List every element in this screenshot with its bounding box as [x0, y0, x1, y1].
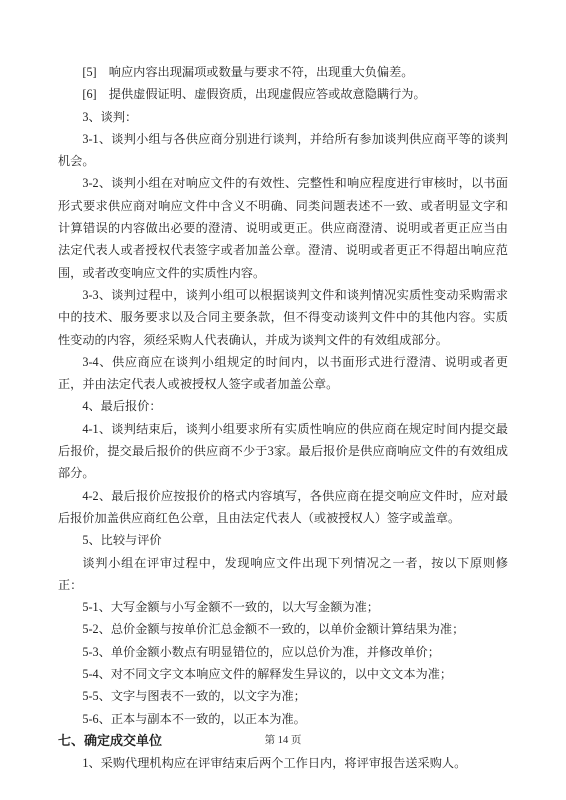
paragraph: 5-2、总价金额与按单价汇总金额不一致的，以单价金额计算结果为准； [58, 618, 508, 640]
paragraph: 5、比较与评价 [58, 529, 508, 551]
paragraph: [6] 提供虚假证明、虚假资质，出现虚假应答或故意隐瞒行为。 [58, 83, 508, 105]
paragraph: 3、谈判： [58, 106, 508, 128]
paragraph: 5-6、正本与副本不一致的，以正本为准。 [58, 708, 508, 730]
paragraph: 5-3、单价金额小数点有明显错位的，应以总价为准，并修改单价； [58, 641, 508, 663]
paragraph: [5] 响应内容出现漏项或数量与要求不符，出现重大负偏差。 [58, 61, 508, 83]
document-page: [5] 响应内容出现漏项或数量与要求不符，出现重大负偏差。[6] 提供虚假证明、… [0, 0, 566, 800]
paragraph: 4-1、谈判结束后，谈判小组要求所有实质性响应的供应商在规定时间内提交最后报价，… [58, 418, 508, 485]
paragraph: 3-4、供应商应在谈判小组规定的时间内，以书面形式进行澄清、说明或者更正，并由法… [58, 351, 508, 396]
paragraph: 3-1、谈判小组与各供应商分别进行谈判，并给所有参加谈判供应商平等的谈判机会。 [58, 128, 508, 173]
page-number: 第 14 页 [0, 731, 566, 751]
paragraph: 4-2、最后报价应按报价的格式内容填写，各供应商在提交响应文件时，应对最后报价加… [58, 485, 508, 530]
paragraph: 5-5、文字与图表不一致的，以文字为准； [58, 685, 508, 707]
paragraph: 1、采购代理机构应在评审结束后两个工作日内，将评审报告送采购人。 [58, 752, 508, 774]
paragraph: 4、最后报价： [58, 395, 508, 417]
paragraph: 5-4、对不同文字文本响应文件的解释发生异议的，以中文文本为准； [58, 663, 508, 685]
document-body: [5] 响应内容出现漏项或数量与要求不符，出现重大负偏差。[6] 提供虚假证明、… [58, 61, 508, 775]
paragraph: 5-1、大写金额与小写金额不一致的，以大写金额为准； [58, 596, 508, 618]
paragraph: 3-2、谈判小组在对响应文件的有效性、完整性和响应程度进行审核时，以书面形式要求… [58, 172, 508, 283]
paragraph: 谈判小组在评审过程中，发现响应文件出现下列情况之一者，按以下原则修正： [58, 552, 508, 597]
paragraph: 3-3、谈判过程中，谈判小组可以根据谈判文件和谈判情况实质性变动采购需求中的技术… [58, 284, 508, 351]
